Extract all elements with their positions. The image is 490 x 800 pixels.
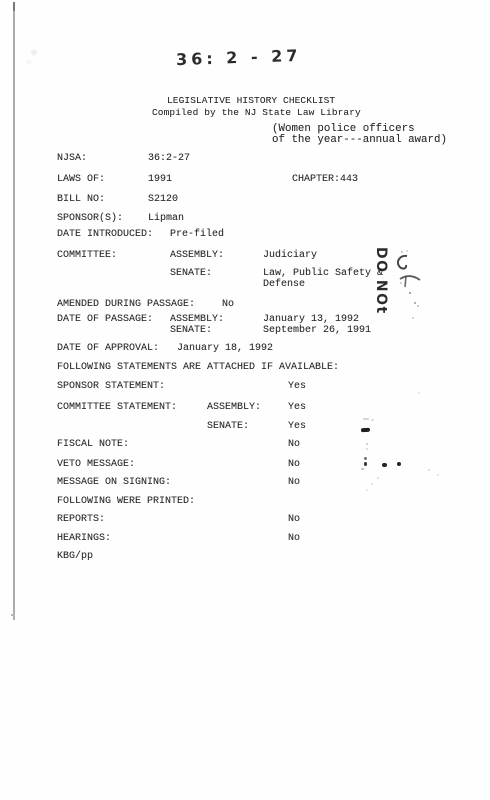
date-introduced-label: DATE INTRODUCED: (57, 229, 153, 240)
page-title: LEGISLATIVE HISTORY CHECKLIST (167, 95, 335, 106)
scan-edge-line-foot (11, 614, 15, 616)
scan-smudge (31, 50, 37, 55)
document-page: 36: 2 - 27 LEGISLATIVE HISTORY CHECKLIST… (0, 0, 490, 800)
statements-heading: FOLLOWING STATEMENTS ARE ATTACHED IF AVA… (57, 362, 339, 373)
date-introduced-value: Pre-filed (170, 229, 224, 240)
hearings-label: HEARINGS: (57, 533, 111, 544)
ink-speck (377, 477, 379, 479)
ink-speck (366, 448, 368, 450)
date-of-passage-assembly-value: January 13, 1992 (263, 314, 359, 325)
committee-assembly-label: ASSEMBLY: (170, 250, 224, 261)
committee-senate-value-line1: Law, Public Safety & (263, 268, 383, 279)
ink-speck (371, 419, 374, 421)
njsa-label: NJSA: (57, 153, 87, 164)
chapter-value: 443 (340, 174, 358, 185)
ink-speck (363, 418, 369, 420)
bill-no-value: S2120 (148, 194, 178, 205)
committee-statement-assembly-value: Yes (288, 402, 306, 413)
scan-edge-line (13, 2, 15, 620)
laws-of-value: 1991 (148, 174, 172, 185)
committee-statement-assembly-label: ASSEMBLY: (207, 402, 261, 413)
ink-speck (364, 462, 367, 466)
committee-statement-senate-label: SENATE: (207, 421, 249, 432)
veto-message-label: VETO MESSAGE: (57, 459, 135, 470)
pencil-scribble (394, 249, 430, 325)
ink-speck (366, 489, 368, 491)
date-of-passage-senate-value: September 26, 1991 (263, 325, 371, 336)
ink-speck (371, 483, 373, 485)
ink-speck (397, 462, 401, 466)
fiscal-note-label: FISCAL NOTE: (57, 439, 129, 450)
date-of-passage-assembly-label: ASSEMBLY: (170, 314, 224, 325)
bill-no-label: BILL NO: (57, 194, 105, 205)
sponsors-label: SPONSOR(S): (57, 213, 123, 224)
amended-label: AMENDED DURING PASSAGE: (57, 299, 195, 310)
committee-senate-value-line2: Defense (263, 279, 305, 290)
njsa-value: 36:2-27 (148, 153, 190, 164)
date-of-passage-senate-label: SENATE: (170, 325, 212, 336)
reports-value: No (288, 514, 300, 525)
hearings-value: No (288, 533, 300, 544)
ink-speck (366, 443, 368, 445)
veto-message-value: No (288, 459, 300, 470)
scan-smudge (27, 60, 31, 64)
ink-speck (418, 392, 420, 394)
date-of-approval-label: DATE OF APPROVAL: (57, 343, 159, 354)
committee-senate-label: SENATE: (170, 268, 212, 279)
sponsor-statement-value: Yes (288, 381, 306, 392)
message-on-signing-value: No (288, 477, 300, 488)
handwritten-do-not-note: DO NOt (372, 247, 389, 311)
committee-label: COMMITTEE: (57, 250, 117, 261)
subject-note-line2: of the year---annual award) (272, 135, 447, 146)
date-of-passage-label: DATE OF PASSAGE: (57, 314, 153, 325)
printed-heading: FOLLOWING WERE PRINTED: (57, 496, 195, 507)
ink-speck (364, 457, 367, 460)
committee-statement-label: COMMITTEE STATEMENT: (57, 402, 177, 413)
committee-statement-senate-value: Yes (288, 421, 306, 432)
message-on-signing-label: MESSAGE ON SIGNING: (57, 477, 171, 488)
ink-speck (437, 474, 439, 476)
amended-value: No (222, 299, 234, 310)
ink-speck (382, 463, 387, 467)
chapter-label: CHAPTER: (292, 174, 340, 185)
fiscal-note-value: No (288, 439, 300, 450)
committee-assembly-value: Judiciary (263, 250, 317, 261)
handwritten-citation: 36: 2 - 27 (176, 46, 302, 69)
date-of-approval-value: January 18, 1992 (177, 343, 273, 354)
sponsor-statement-label: SPONSOR STATEMENT: (57, 381, 165, 392)
sponsors-value: Lipman (148, 213, 184, 224)
ink-speck (361, 468, 364, 470)
page-subtitle: Compiled by the NJ State Law Library (152, 107, 361, 118)
reports-label: REPORTS: (57, 514, 105, 525)
ink-speck (428, 469, 430, 471)
scan-edge-line-cap (13, 2, 16, 11)
ink-speck (361, 428, 370, 433)
laws-of-label: LAWS OF: (57, 174, 105, 185)
compiler-initials: KBG/pp (57, 551, 93, 562)
